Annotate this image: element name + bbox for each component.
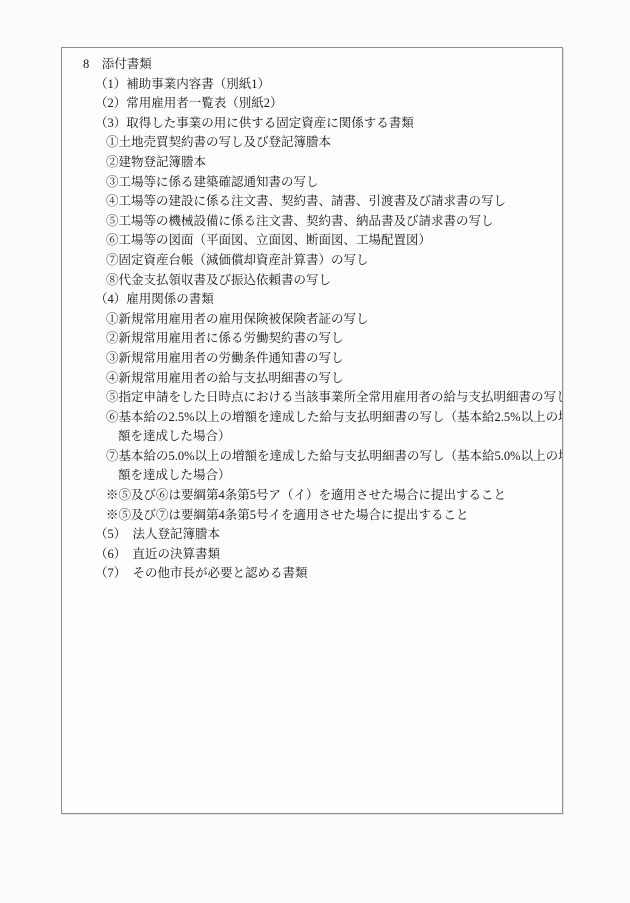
list-item-5: （5） 法人登記簿謄本 [62, 525, 562, 545]
sub-list-item: ①土地売買契約書の写し及び登記簿謄本 [62, 133, 562, 153]
list-item-2: （2）常用雇用者一覧表（別紙2） [62, 94, 562, 114]
sub-list-item: ⑥基本給の2.5%以上の増額を達成した給与支払明細書の写し（基本給2.5%以上の… [62, 408, 562, 428]
sub-list-item: ③工場等に係る建築確認通知書の写し [62, 173, 562, 193]
attached-documents-box: 8 添付書類 （1）補助事業内容書（別紙1） （2）常用雇用者一覧表（別紙2） … [61, 47, 563, 814]
note-line: ※⑤及び⑥は要綱第4条第5号ア（イ）を適用させた場合に提出すること [62, 486, 562, 506]
sub-list-item: ⑥工場等の図面（平面図、立面図、断面図、工場配置図） [62, 231, 562, 251]
sub-list-item: ②建物登記簿謄本 [62, 153, 562, 173]
list-item-4: （4）雇用関係の書類 [62, 290, 562, 310]
sub-list-item: ⑤工場等の機械設備に係る注文書、契約書、納品書及び請求書の写し [62, 212, 562, 232]
sub-list-item: ⑦固定資産台帳（減価償却資産計算書）の写し [62, 251, 562, 271]
sub-list-item: ⑧代金支払領収書及び振込依頼書の写し [62, 271, 562, 291]
note-line: ※⑤及び⑦は要綱第4条第5号イを適用させた場合に提出すること [62, 506, 562, 526]
section-heading: 8 添付書類 [62, 55, 562, 75]
sub-list-item: ①新規常用雇用者の雇用保険被保険者証の写し [62, 310, 562, 330]
continuation-line: 額を達成した場合） [62, 427, 562, 447]
sub-list-item: ③新規常用雇用者の労働条件通知書の写し [62, 349, 562, 369]
sub-list-item: ④新規常用雇用者の給与支払明細書の写し [62, 369, 562, 389]
list-item-3: （3）取得した事業の用に供する固定資産に関係する書類 [62, 114, 562, 134]
sub-list-item: ④工場等の建設に係る注文書、契約書、請書、引渡書及び請求書の写し [62, 192, 562, 212]
list-item-7: （7） その他市長が必要と認める書類 [62, 564, 562, 584]
continuation-line: 額を達成した場合） [62, 466, 562, 486]
sub-list-item: ⑤指定申請をした日時点における当該事業所全常用雇用者の給与支払明細書の写し [62, 388, 562, 408]
sub-list-item: ②新規常用雇用者に係る労働契約書の写し [62, 329, 562, 349]
list-item-1: （1）補助事業内容書（別紙1） [62, 75, 562, 95]
list-item-6: （6） 直近の決算書類 [62, 545, 562, 565]
sub-list-item: ⑦基本給の5.0%以上の増額を達成した給与支払明細書の写し（基本給5.0%以上の… [62, 447, 562, 467]
